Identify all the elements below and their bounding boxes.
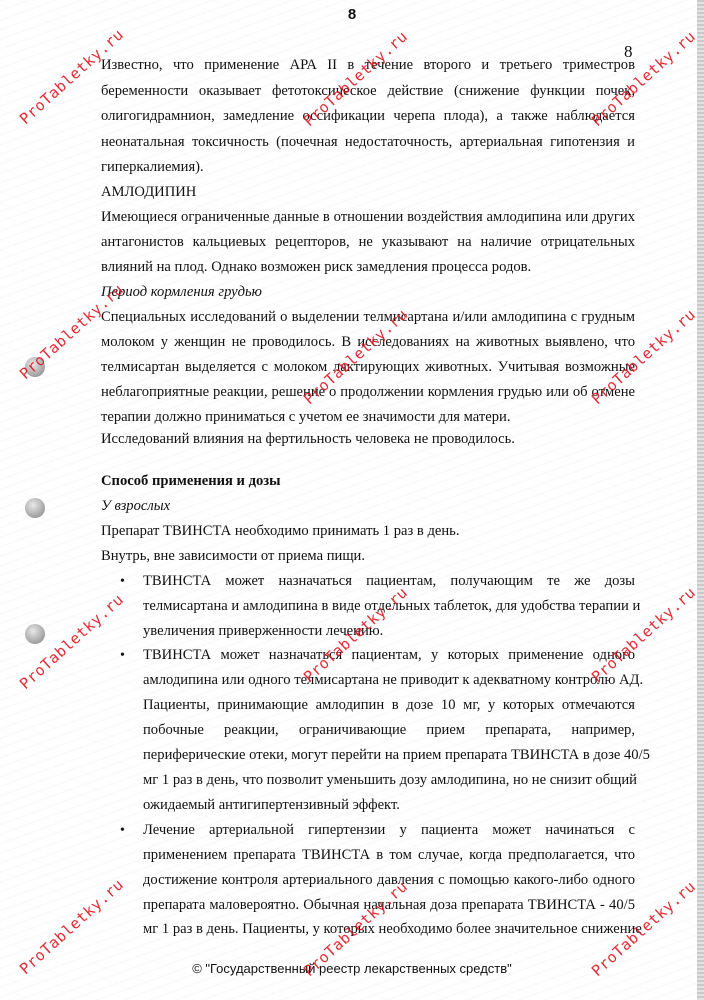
- subheading-adults: У взрослых: [101, 498, 170, 515]
- list-item-line: Пациенты, принимающие амлодипин в дозе 1…: [143, 697, 635, 714]
- section-heading-amlodipine: АМЛОДИПИН: [101, 184, 196, 201]
- text-line: Препарат ТВИНСТА необходимо принимать 1 …: [101, 523, 460, 540]
- text-line: антагонистов кальциевых рецепторов, не у…: [101, 234, 635, 251]
- list-item-line: периферические отеки, могут перейти на п…: [143, 747, 635, 764]
- punch-hole-icon: [25, 624, 45, 644]
- list-item-line: побочные реакции, ограничивающие прием п…: [143, 722, 635, 739]
- text-line: Имеющиеся ограниченные данные в отношени…: [101, 209, 635, 226]
- text-line: влияний на плод. Однако возможен риск за…: [101, 259, 531, 276]
- text-line: телмисартан выделяется с молоком лактиру…: [101, 359, 635, 376]
- page-edge-border: [697, 0, 704, 1000]
- text-line: гиперкалиемия).: [101, 159, 204, 176]
- bullet-icon: •: [120, 823, 125, 839]
- fertility-note: Исследований влияния на фертильность чел…: [101, 431, 515, 448]
- text-line: терапии должно приниматься с учетом ее з…: [101, 409, 510, 426]
- bullet-icon: •: [120, 574, 125, 590]
- list-item-line: ТВИНСТА может назначаться пациентам, пол…: [143, 573, 635, 590]
- list-item-line: амлодипина или одного телмисартана не пр…: [143, 672, 635, 689]
- text-line: неблагоприятные реакции, решение о продо…: [101, 384, 635, 401]
- list-item-line: Лечение артериальной гипертензии у пацие…: [143, 822, 635, 839]
- page-number-header: 8: [0, 6, 704, 23]
- footer-copyright: © "Государственный реестр лекарственных …: [0, 961, 704, 976]
- watermark-text: ProTabletky.ru: [588, 27, 699, 130]
- text-line: неонатальная токсичность (почечная недос…: [101, 134, 635, 151]
- punch-hole-icon: [25, 498, 45, 518]
- text-line: Специальных исследований о выделении тел…: [101, 309, 635, 326]
- section-heading-dosage: Способ применения и дозы: [101, 473, 281, 490]
- text-line: олигогидрамнион, замедление оссификации …: [101, 108, 635, 125]
- list-item-line: ожидаемый антигипертензивный эффект.: [143, 797, 400, 814]
- list-item-line: ТВИНСТА может назначаться пациентам, у к…: [143, 647, 635, 664]
- list-item-line: мг 1 раз в день. Пациенты, у которых нео…: [143, 921, 635, 938]
- text-line: беременности оказывает фетотоксическое д…: [101, 83, 635, 100]
- list-item-line: применением препарата ТВИНСТА в том случ…: [143, 847, 635, 864]
- list-item-line: мг 1 раз в день, что позволит уменьшить …: [143, 772, 635, 789]
- bullet-icon: •: [120, 648, 125, 664]
- text-line: Внутрь, вне зависимости от приема пищи.: [101, 548, 365, 565]
